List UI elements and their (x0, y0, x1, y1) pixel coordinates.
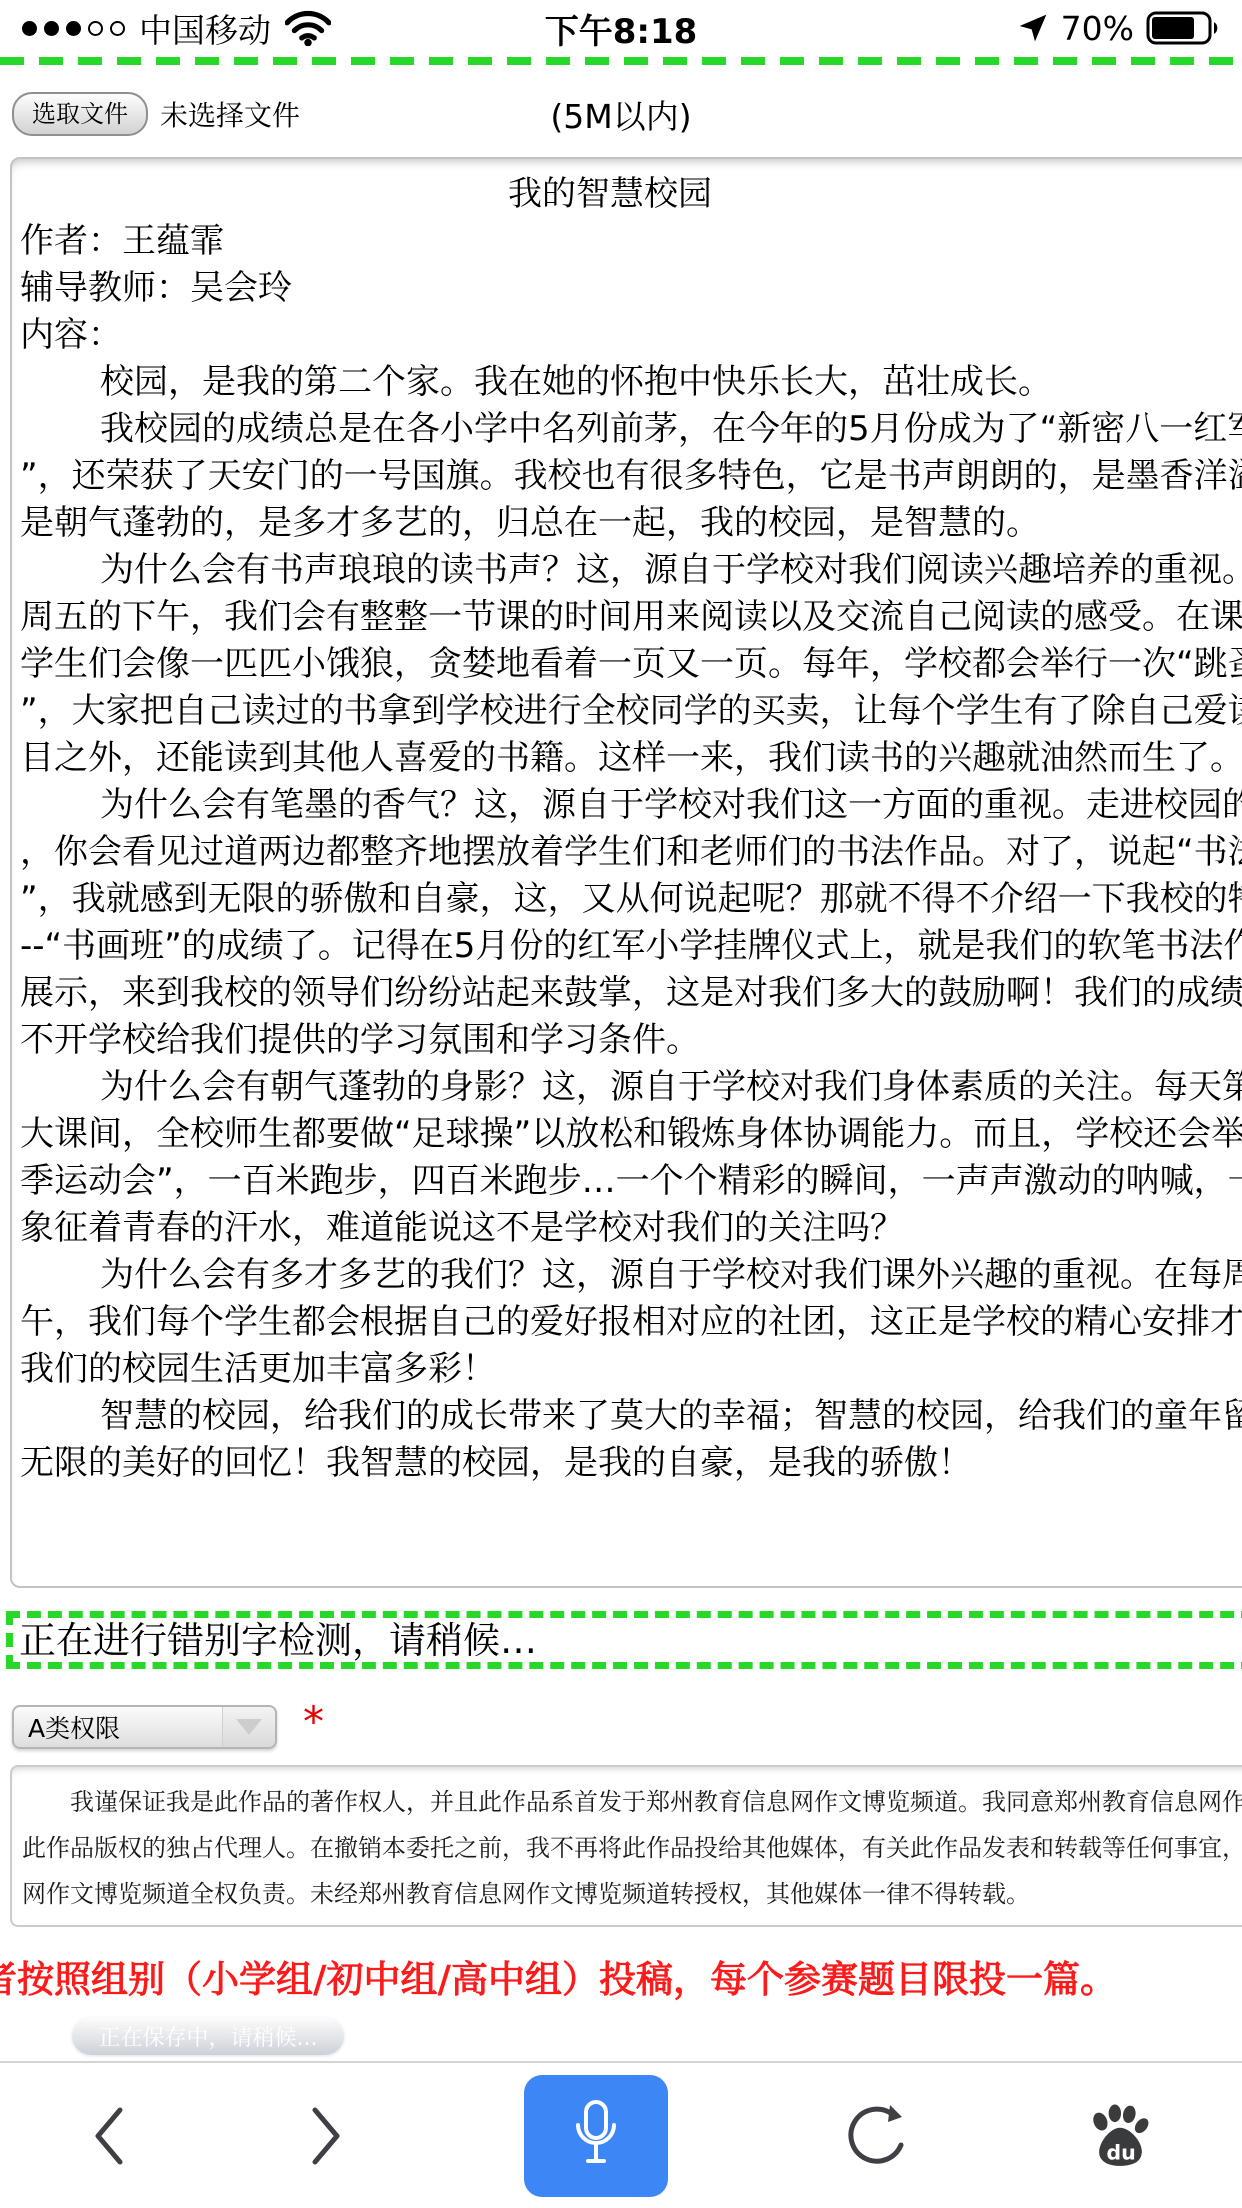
essay-line: 为什么会有书声琅琅的读书声？这，源自于学校对我们阅读兴趣培养的重视。在每 (20, 547, 1242, 594)
green-dashed-divider (0, 57, 1242, 65)
essay-line: 是朝气蓬勃的，是多才多艺的，归总在一起，我的校园，是智慧的。 (20, 500, 1242, 547)
file-upload-row: 选取文件 未选择文件 (5M以内) (0, 91, 1242, 137)
copyright-agreement-box: 我谨保证我是此作品的著作权人，并且此作品系首发于郑州教育信息网作文博览频道。我同… (10, 1765, 1242, 1927)
location-arrow-icon (1017, 12, 1049, 44)
essay-paragraphs: 校园，是我的第二个家。我在她的怀抱中快乐长大，茁壮成长。我校园的成绩总是在各小学… (20, 359, 1242, 1487)
required-asterisk: * (303, 1701, 324, 1743)
voice-search-button[interactable] (524, 2075, 668, 2197)
microphone-icon (569, 2097, 623, 2175)
essay-meta-line: 辅导教师：吴会玲 (20, 265, 1242, 312)
essay-line: 学生们会像一匹匹小饿狼，贪婪地看着一页又一页。每年，学校都会举行一次“跳蚤书市 (20, 641, 1242, 688)
essay-line: --“书画班”的成绩了。记得在5月份的红军小学挂牌仪式上，就是我们的软笔书法作品… (20, 923, 1242, 970)
chevron-right-icon (306, 2105, 346, 2167)
essay-line: 为什么会有多才多艺的我们？这，源自于学校对我们课外兴趣的重视。在每周五下 (20, 1252, 1242, 1299)
essay-line: 展示，来到我校的领导们纷纷站起来鼓掌，这是对我们多大的鼓励啊！我们的成绩都离 (20, 970, 1242, 1017)
saving-toast: 正在保存中，请稍候... (72, 2017, 344, 2055)
signal-dot (88, 21, 103, 36)
spellcheck-status-box: 正在进行错别字检测，请稍候… (6, 1611, 1242, 1669)
essay-line: 午，我们每个学生都会根据自己的爱好报相对应的社团，这正是学校的精心安排才会让 (20, 1299, 1242, 1346)
essay-line: 目之外，还能读到其他人喜爱的书籍。这样一来，我们读书的兴趣就油然而生了。 (20, 735, 1242, 782)
back-button[interactable] (89, 2105, 129, 2167)
submission-rule-notice: 者按照组别（小学组/初中组/高中组）投稿，每个参赛题目限投一篇。 (0, 1949, 1242, 2003)
essay-line: 象征着青春的汗水，难道能说这不是学校对我们的关注吗？ (20, 1205, 1242, 1252)
choose-file-button[interactable]: 选取文件 (12, 92, 148, 136)
essay-meta: 作者：王蕴霏辅导教师：吴会玲内容： (20, 218, 1242, 359)
essay-title: 我的智慧校园 (20, 171, 1200, 218)
agreement-line: 我谨保证我是此作品的著作权人，并且此作品系首发于郑州教育信息网作文博览频道。我同… (22, 1779, 1242, 1825)
baidu-home-button[interactable]: du (1087, 2103, 1153, 2169)
spellcheck-message: 正在进行错别字检测，请稍候… (19, 1619, 537, 1662)
essay-line: 为什么会有笔墨的香气？这，源自于学校对我们这一方面的重视。走进校园的过道 (20, 782, 1242, 829)
baidu-paw-icon: du (1087, 2103, 1153, 2169)
refresh-icon (846, 2103, 910, 2169)
signal-dot (44, 21, 59, 36)
essay-line: 我校园的成绩总是在各小学中名列前茅，在今年的5月份成为了“新密八一红军小学 (20, 406, 1242, 453)
agreement-line: 此作品版权的独占代理人。在撤销本委托之前，我不再将此作品投给其他媒体，有关此作品… (22, 1825, 1242, 1871)
agreement-lines: 我谨保证我是此作品的著作权人，并且此作品系首发于郑州教育信息网作文博览频道。我同… (22, 1779, 1242, 1917)
essay-line: 不开学校给我们提供的学习氛围和学习条件。 (20, 1017, 1242, 1064)
signal-dots (22, 21, 125, 36)
agreement-line: 网作文博览频道全权负责。未经郑州教育信息网作文博览频道转授权，其他媒体一律不得转… (22, 1871, 1242, 1917)
forward-button[interactable] (306, 2105, 346, 2167)
essay-line: 无限的美好的回忆！我智慧的校园，是我的自豪，是我的骄傲！ (20, 1440, 1242, 1487)
file-status-text: 未选择文件 (160, 94, 300, 134)
status-left: 中国移动 (22, 5, 331, 52)
browser-toolbar: du (0, 2061, 1242, 2208)
essay-line: 智慧的校园，给我们的成长带来了莫大的幸福；智慧的校园，给我们的童年留下了 (20, 1393, 1242, 1440)
essay-content-area[interactable]: 我的智慧校园 作者：王蕴霏辅导教师：吴会玲内容： 校园，是我的第二个家。我在她的… (10, 157, 1242, 1588)
essay-line: ”，我就感到无限的骄傲和自豪，这，又从何说起呢？那就不得不介绍一下我校的特长班 (20, 876, 1242, 923)
battery-icon (1146, 11, 1220, 45)
signal-dot (22, 21, 37, 36)
essay-line: 为什么会有朝气蓬勃的身影？这，源自于学校对我们身体素质的关注。每天第二节 (20, 1064, 1242, 1111)
essay-line: ，你会看见过道两边都整齐地摆放着学生们和老师们的书法作品。对了，说起“书法作品 (20, 829, 1242, 876)
essay-line: 校园，是我的第二个家。我在她的怀抱中快乐长大，茁壮成长。 (20, 359, 1242, 406)
signal-dot (110, 21, 125, 36)
status-bar: 中国移动 下午8:18 70% (0, 0, 1242, 56)
essay-line: ”，大家把自己读过的书拿到学校进行全校同学的买卖，让每个学生有了除自己爱读的书 (20, 688, 1242, 735)
essay-meta-line: 内容： (20, 312, 1242, 359)
essay-line: 季运动会”，一百米跑步，四百米跑步…一个个精彩的瞬间，一声声激动的呐喊，一滴滴 (20, 1158, 1242, 1205)
refresh-button[interactable] (846, 2103, 910, 2169)
signal-dot (66, 21, 81, 36)
permission-selected-value: A类权限 (14, 1709, 120, 1745)
essay-line: ”，还荣获了天安门的一号国旗。我校也有很多特色，它是书声朗朗的，是墨香洋溢的， (20, 453, 1242, 500)
permission-select[interactable]: A类权限 (12, 1705, 277, 1749)
essay-line: 周五的下午，我们会有整整一节课的时间用来阅读以及交流自己阅读的感受。在课上， (20, 594, 1242, 641)
essay-line: 大课间，全校师生都要做“足球操”以放松和锻炼身体协调能力。而且，学校还会举行“春 (20, 1111, 1242, 1158)
wifi-icon (285, 10, 331, 46)
status-right: 70% (1017, 9, 1220, 48)
permission-row: A类权限 * (0, 1705, 1242, 1749)
battery-percent: 70% (1061, 9, 1134, 48)
carrier-label: 中国移动 (139, 5, 271, 52)
essay-line: 我们的校园生活更加丰富多彩！ (20, 1346, 1242, 1393)
chevron-down-icon (222, 1707, 275, 1747)
essay-meta-line: 作者：王蕴霏 (20, 218, 1242, 265)
chevron-left-icon (89, 2105, 129, 2167)
svg-text:du: du (1106, 2140, 1135, 2164)
